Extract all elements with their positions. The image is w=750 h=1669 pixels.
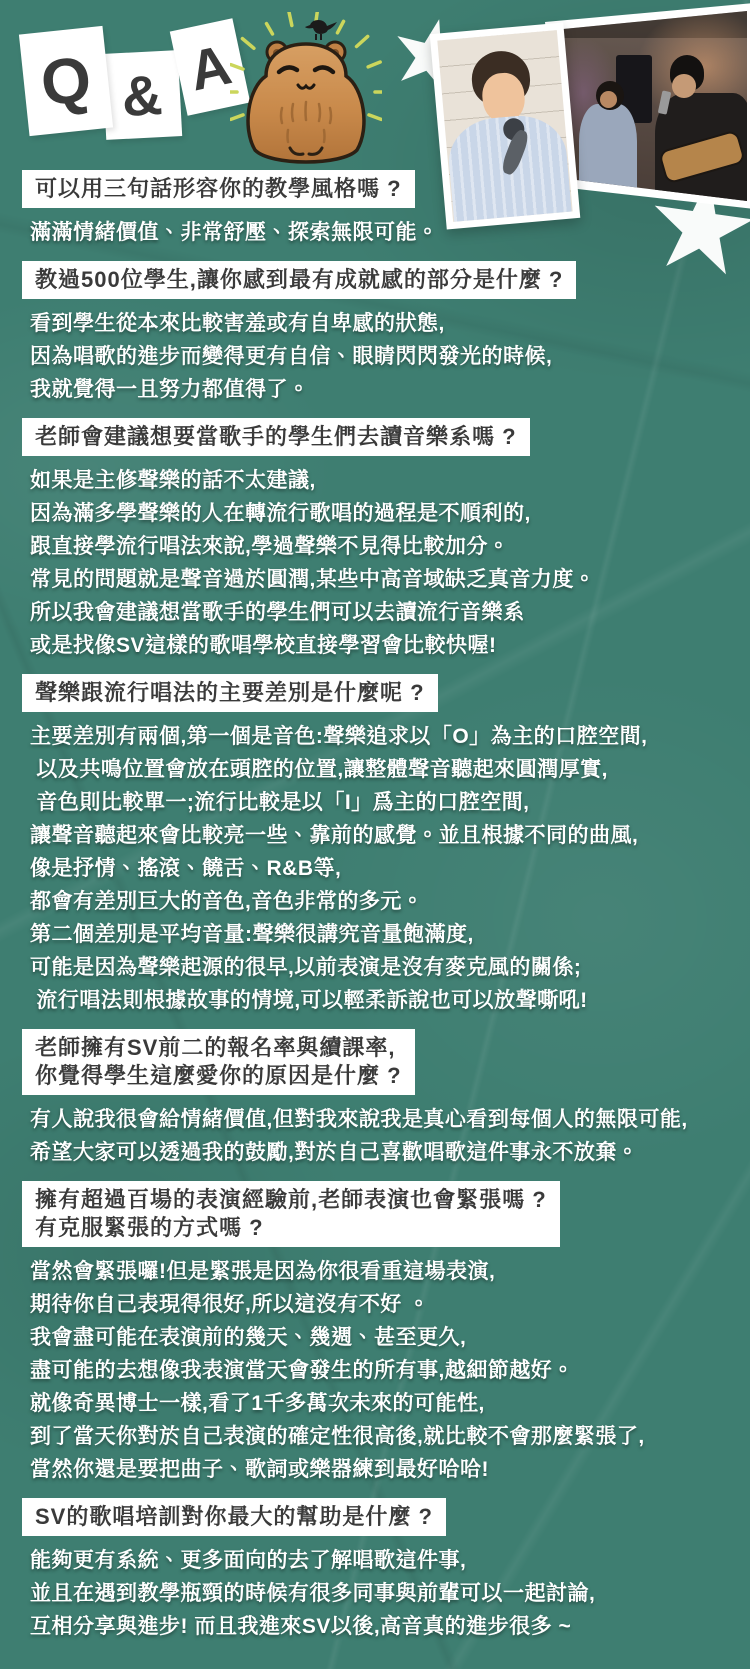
question-line: 老師擁有SV前二的報名率與續課率, bbox=[35, 1034, 402, 1062]
question-box: 可以用三句話形容你的教學風格嗎 ? bbox=[22, 170, 415, 208]
answer-line: 當然你還是要把曲子、歌詞或樂器練到最好哈哈! bbox=[30, 1453, 728, 1486]
answer-block: 如果是主修聲樂的話不太建議,因為滿多學聲樂的人在轉流行歌唱的過程是不順利的,跟直… bbox=[30, 464, 728, 662]
answer-line: 期待你自己表現得很好,所以這沒有不好 。 bbox=[30, 1288, 728, 1321]
answer-line: 盡可能的去想像我表演當天會發生的所有事,越細節越好。 bbox=[30, 1354, 728, 1387]
qa-section: 老師會建議想要當歌手的學生們去讀音樂系嗎 ? 如果是主修聲樂的話不太建議,因為滿… bbox=[22, 418, 728, 662]
answer-line: 希望大家可以透過我的鼓勵,對於自己喜歡唱歌這件事永不放棄。 bbox=[30, 1136, 728, 1169]
answer-block: 有人說我很會給情緒價值,但對我來說我是真心看到每個人的無限可能,希望大家可以透過… bbox=[30, 1103, 728, 1169]
question-line: SV的歌唱培訓對你最大的幫助是什麼 ? bbox=[35, 1503, 433, 1531]
answer-block: 當然會緊張囉!但是緊張是因為你很看重這場表演,期待你自己表現得很好,所以這沒有不… bbox=[30, 1255, 728, 1486]
answer-line: 並且在遇到教學瓶頸的時候有很多同事與前輩可以一起討論, bbox=[30, 1577, 728, 1610]
answer-line: 滿滿情緒價值、非常舒壓、探索無限可能。 bbox=[30, 216, 728, 249]
answer-line: 音色則比較單一;流行比較是以「I」爲主的口腔空間, bbox=[30, 786, 728, 819]
question-line: 擁有超過百場的表演經驗前,老師表演也會緊張嗎 ? bbox=[35, 1186, 547, 1214]
answer-line: 都會有差別巨大的音色,音色非常的多元。 bbox=[30, 885, 728, 918]
answer-line: 能夠更有系統、更多面向的去了解唱歌這件事, bbox=[30, 1544, 728, 1577]
answer-line: 到了當天你對於自己表演的確定性很高後,就比較不會那麼緊張了, bbox=[30, 1420, 728, 1453]
answer-line: 就像奇異博士一樣,看了1千多萬次未來的可能性, bbox=[30, 1387, 728, 1420]
question-box: SV的歌唱培訓對你最大的幫助是什麼 ? bbox=[22, 1498, 446, 1536]
answer-line: 如果是主修聲樂的話不太建議, bbox=[30, 464, 728, 497]
question-line: 有克服緊張的方式嗎 ? bbox=[35, 1214, 547, 1242]
answer-line: 因為唱歌的進步而變得更有自信、眼睛閃閃發光的時候, bbox=[30, 340, 728, 373]
qa-list: 可以用三句話形容你的教學風格嗎 ? 滿滿情緒價值、非常舒壓、探索無限可能。 教過… bbox=[22, 0, 728, 1655]
question-line: 你覺得學生這麼愛你的原因是什麼 ? bbox=[35, 1062, 402, 1090]
qa-section: 可以用三句話形容你的教學風格嗎 ? 滿滿情緒價值、非常舒壓、探索無限可能。 bbox=[22, 170, 728, 249]
question-box: 教過500位學生,讓你感到最有成就感的部分是什麼 ? bbox=[22, 261, 576, 299]
qa-section: 教過500位學生,讓你感到最有成就感的部分是什麼 ? 看到學生從本來比較害羞或有… bbox=[22, 261, 728, 406]
answer-block: 能夠更有系統、更多面向的去了解唱歌這件事,並且在遇到教學瓶頸的時候有很多同事與前… bbox=[30, 1544, 728, 1643]
answer-line: 可能是因為聲樂起源的很早,以前表演是沒有麥克風的關係; bbox=[30, 951, 728, 984]
answer-line: 互相分享與進步! 而且我進來SV以後,高音真的進步很多 ~ bbox=[30, 1610, 728, 1643]
question-line: 聲樂跟流行唱法的主要差別是什麼呢 ? bbox=[35, 679, 425, 707]
question-box: 老師擁有SV前二的報名率與續課率,你覺得學生這麼愛你的原因是什麼 ? bbox=[22, 1029, 415, 1095]
answer-line: 當然會緊張囉!但是緊張是因為你很看重這場表演, bbox=[30, 1255, 728, 1288]
question-line: 老師會建議想要當歌手的學生們去讀音樂系嗎 ? bbox=[35, 423, 517, 451]
answer-line: 看到學生從本來比較害羞或有自卑感的狀態, bbox=[30, 307, 728, 340]
qa-section: SV的歌唱培訓對你最大的幫助是什麼 ? 能夠更有系統、更多面向的去了解唱歌這件事… bbox=[22, 1498, 728, 1643]
qa-section: 擁有超過百場的表演經驗前,老師表演也會緊張嗎 ?有克服緊張的方式嗎 ? 當然會緊… bbox=[22, 1181, 728, 1486]
answer-line: 所以我會建議想當歌手的學生們可以去讀流行音樂系 bbox=[30, 596, 728, 629]
answer-line: 常見的問題就是聲音過於圓潤,某些中高音域缺乏真音力度。 bbox=[30, 563, 728, 596]
qa-section: 聲樂跟流行唱法的主要差別是什麼呢 ? 主要差別有兩個,第一個是音色:聲樂追求以「… bbox=[22, 674, 728, 1017]
answer-line: 因為滿多學聲樂的人在轉流行歌唱的過程是不順利的, bbox=[30, 497, 728, 530]
answer-line: 或是找像SV這樣的歌唱學校直接學習會比較快喔! bbox=[30, 629, 728, 662]
answer-block: 看到學生從本來比較害羞或有自卑感的狀態,因為唱歌的進步而變得更有自信、眼睛閃閃發… bbox=[30, 307, 728, 406]
answer-line: 讓聲音聽起來會比較亮一些、靠前的感覺。並且根據不同的曲風, bbox=[30, 819, 728, 852]
question-box: 聲樂跟流行唱法的主要差別是什麼呢 ? bbox=[22, 674, 438, 712]
answer-line: 流行唱法則根據故事的情境,可以輕柔訴說也可以放聲嘶吼! bbox=[30, 984, 728, 1017]
question-line: 可以用三句話形容你的教學風格嗎 ? bbox=[35, 175, 402, 203]
answer-line: 我就覺得一且努力都值得了。 bbox=[30, 373, 728, 406]
answer-line: 像是抒情、搖滾、饒舌、R&B等, bbox=[30, 852, 728, 885]
answer-line: 我會盡可能在表演前的幾天、幾週、甚至更久, bbox=[30, 1321, 728, 1354]
answer-block: 主要差別有兩個,第一個是音色:聲樂追求以「O」為主的口腔空間, 以及共鳴位置會放… bbox=[30, 720, 728, 1017]
answer-line: 跟直接學流行唱法來說,學過聲樂不見得比較加分。 bbox=[30, 530, 728, 563]
question-box: 擁有超過百場的表演經驗前,老師表演也會緊張嗎 ?有克服緊張的方式嗎 ? bbox=[22, 1181, 560, 1247]
answer-line: 以及共鳴位置會放在頭腔的位置,讓整體聲音聽起來圓潤厚實, bbox=[30, 753, 728, 786]
answer-line: 主要差別有兩個,第一個是音色:聲樂追求以「O」為主的口腔空間, bbox=[30, 720, 728, 753]
qa-poster: & Q A bbox=[0, 0, 750, 1669]
answer-line: 有人說我很會給情緒價值,但對我來說我是真心看到每個人的無限可能, bbox=[30, 1103, 728, 1136]
answer-line: 第二個差別是平均音量:聲樂很講究音量飽滿度, bbox=[30, 918, 728, 951]
answer-block: 滿滿情緒價值、非常舒壓、探索無限可能。 bbox=[30, 216, 728, 249]
question-box: 老師會建議想要當歌手的學生們去讀音樂系嗎 ? bbox=[22, 418, 530, 456]
question-line: 教過500位學生,讓你感到最有成就感的部分是什麼 ? bbox=[35, 266, 563, 294]
qa-section: 老師擁有SV前二的報名率與續課率,你覺得學生這麼愛你的原因是什麼 ? 有人說我很… bbox=[22, 1029, 728, 1169]
